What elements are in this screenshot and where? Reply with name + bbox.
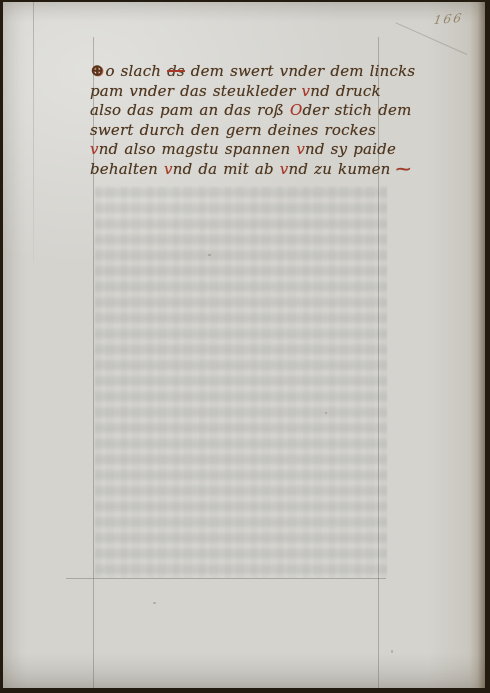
text-line: swert durch den gern deines rockes — [90, 121, 396, 141]
text-line: vnd also magstu spannen vnd sy paide — [90, 140, 396, 160]
text-segment-red: O — [290, 101, 303, 119]
text-line: pam vnder das steukleder vnd druck — [90, 82, 396, 102]
verso-show-through — [95, 186, 387, 578]
text-segment-ink: dem swert vnder dem lincks — [185, 62, 416, 80]
ruling-line-bottom — [66, 578, 386, 579]
text-segment-red: v — [296, 140, 305, 158]
text-segment-red: v — [164, 160, 173, 178]
text-line: behalten vnd da mit ab vnd zu kumen ⁓ — [90, 160, 396, 180]
text-segment-ink: o slach — [105, 62, 167, 80]
manuscript-page: 166 ⊕o slach ds dem swert vnder dem linc… — [3, 2, 485, 688]
text-segment-initial: ⊕ — [90, 61, 105, 81]
text-segment-ink: pam vnder das steukleder — [90, 82, 302, 100]
foxing-speck — [391, 650, 393, 653]
manuscript-text-block: ⊕o slach ds dem swert vnder dem linckspa… — [90, 62, 396, 180]
foxing-speck — [325, 412, 327, 414]
foxing-speck — [153, 602, 156, 604]
page-fore-edge — [470, 2, 485, 688]
folio-number: 166 — [433, 11, 465, 27]
text-segment-ink: nd da mit ab — [173, 160, 280, 178]
text-segment-strike: ds — [167, 62, 185, 80]
gutter-crease — [33, 2, 34, 262]
text-segment-ink: swert durch den gern deines rockes — [90, 121, 376, 139]
text-line: ⊕o slach ds dem swert vnder dem lincks — [90, 62, 396, 82]
text-line: also das pam an das roß Oder stich dem — [90, 101, 396, 121]
text-segment-ink: behalten — [90, 160, 164, 178]
corner-crease — [396, 22, 468, 55]
text-segment-flourish: ⁓ — [391, 160, 410, 178]
manuscript-photo: 166 ⊕o slach ds dem swert vnder dem linc… — [0, 0, 490, 693]
text-segment-ink: also das pam an das roß — [90, 101, 290, 119]
foxing-speck — [208, 254, 211, 256]
text-segment-red: v — [90, 140, 99, 158]
text-segment-ink: nd druck — [310, 82, 381, 100]
text-segment-ink: nd sy paide — [305, 140, 396, 158]
text-segment-red: v — [302, 82, 311, 100]
text-segment-ink: nd also magstu spannen — [99, 140, 297, 158]
text-segment-ink: nd zu kumen — [288, 160, 390, 178]
text-segment-ink: der stich dem — [302, 101, 411, 119]
